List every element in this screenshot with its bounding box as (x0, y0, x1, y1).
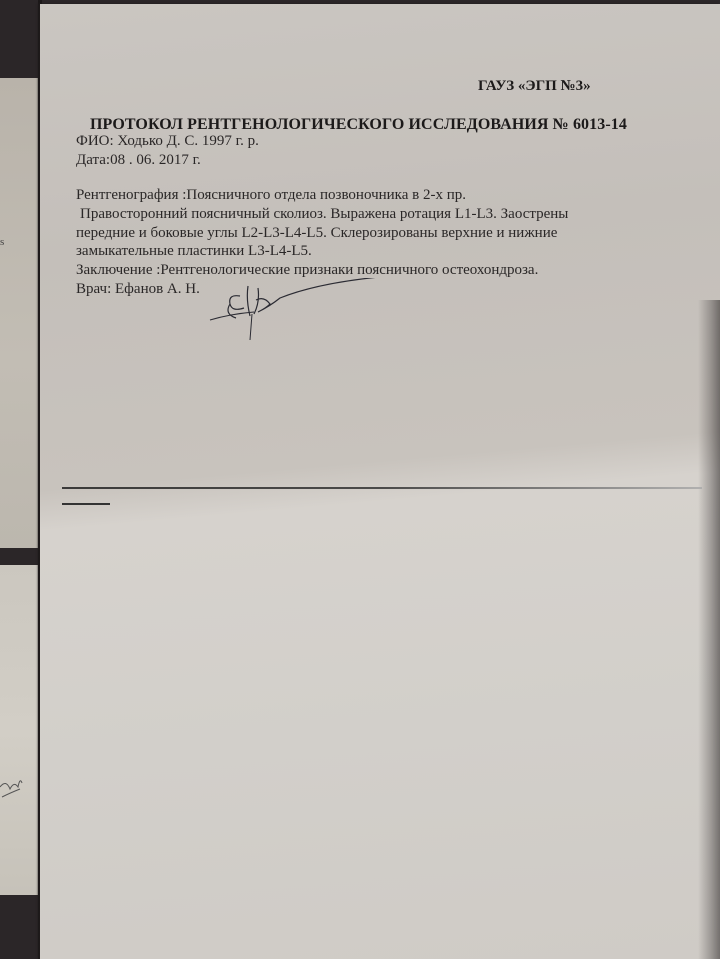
fold-mark (62, 503, 110, 505)
signature-icon (200, 278, 440, 348)
findings-line: замыкательные пластинки L3-L4-L5. (76, 243, 312, 260)
underlying-paper-bottom (0, 565, 42, 895)
underpaper-mark: s (0, 236, 4, 248)
exam-date: Дата:08 . 06. 2017 г. (76, 152, 201, 169)
doctor-name: Врач: Ефанов А. Н. (76, 281, 200, 298)
findings-line: Правосторонний поясничный сколиоз. Выраж… (80, 206, 568, 223)
shadow (698, 300, 720, 959)
findings-line: передние и боковые углы L2-L3-L4-L5. Скл… (76, 225, 557, 242)
examination-type: Рентгенография :Поясничного отдела позво… (76, 187, 466, 204)
document-title: ПРОТОКОЛ РЕНТГЕНОЛОГИЧЕСКОГО ИССЛЕДОВАНИ… (90, 116, 627, 134)
conclusion: Заключение :Рентгенологические признаки … (76, 262, 538, 279)
scribble-icon (0, 775, 24, 805)
fold-line (62, 487, 702, 489)
underlying-paper-top: s (0, 78, 40, 548)
organization-name: ГАУЗ «ЭГП №3» (478, 78, 591, 95)
patient-info: ФИО: Ходько Д. С. 1997 г. р. (76, 133, 259, 150)
